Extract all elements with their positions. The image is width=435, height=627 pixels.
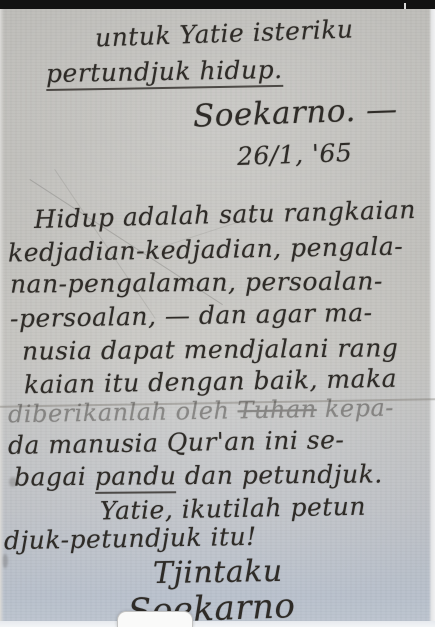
dedication-line-2: pertundjuk hidup. — [46, 55, 283, 88]
body-line-9: bagai pandu dan petundjuk. — [14, 459, 383, 491]
faded-line-struck-word: Tuhan — [237, 395, 317, 424]
photo-viewer-screen: untuk Yatie isteriku pertundjuk hidup. S… — [0, 0, 435, 627]
body-line-2: kedjadian-kedjadian, pengala- — [8, 232, 404, 268]
dedication-line-1: untuk Yatie isteriku — [95, 14, 354, 52]
body-line-3: nan-pengalaman, persoalan- — [10, 266, 383, 298]
faded-line-pre: diberikanlah oleh — [8, 396, 238, 428]
date: 26/1, '65 — [237, 138, 353, 171]
closing-word: Tjintaku — [153, 554, 283, 591]
body-line-5: nusia dapat mendjalani rang — [22, 333, 399, 365]
pandu-line-post: dan petundjuk. — [176, 459, 383, 490]
signature-top: Soekarno. — — [192, 91, 398, 134]
faded-line-post: kepa- — [316, 394, 394, 423]
paper-right-edge — [429, 9, 435, 621]
pandu-underlined-word: pandu — [95, 461, 177, 494]
bottom-tab-handle[interactable] — [117, 611, 193, 627]
body-line-8: da manusia Qur'an ini se- — [8, 425, 345, 460]
top-status-bar — [0, 0, 435, 9]
handwritten-letter-photo: untuk Yatie isteriku pertundjuk hidup. S… — [0, 9, 435, 621]
body-line-7-faded: diberikanlah oleh Tuhan kepa- — [8, 394, 394, 429]
body-line-1: Hidup adalah satu rangkaian — [34, 195, 417, 234]
exhortation-line-1: Yatie, ikutilah petun — [100, 492, 366, 526]
bottom-edge-strip — [0, 621, 435, 627]
pandu-line-pre: bagai — [14, 462, 95, 492]
body-line-4: -persoalan, — dan agar ma- — [10, 298, 373, 333]
dedication-underlined-text: pertundjuk hidup. — [46, 55, 283, 91]
status-indicator-tick — [404, 3, 406, 9]
exhortation-line-2: djuk-petundjuk itu! — [4, 522, 257, 555]
